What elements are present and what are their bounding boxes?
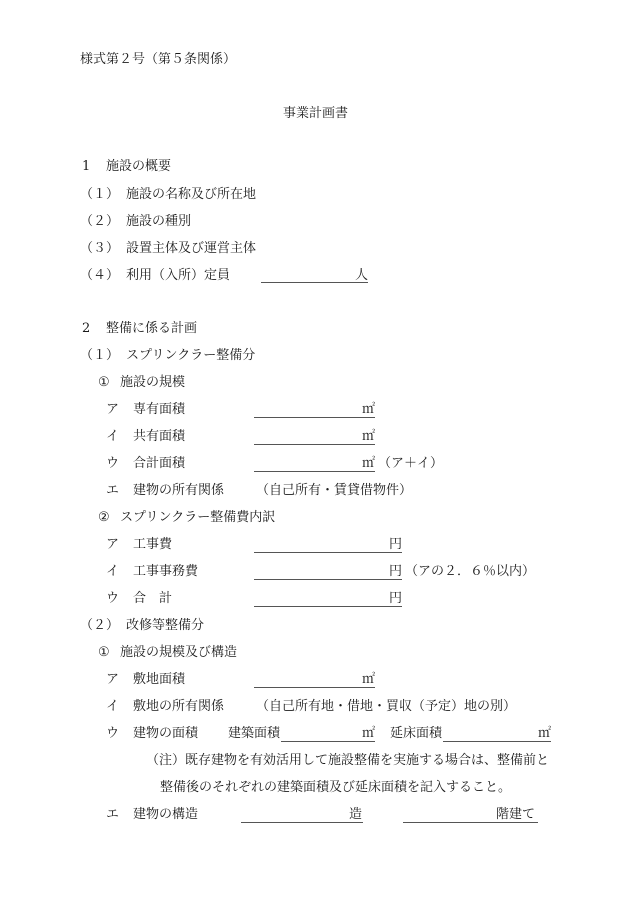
total-cost-unit: 円 [389, 591, 402, 607]
exclusive-area-input-line[interactable] [254, 417, 375, 418]
row-kana: ア [106, 537, 119, 553]
sprinkler-scale-heading: 施設の規模 [120, 375, 185, 391]
renovation-scale-number: ① [98, 645, 110, 661]
note-line-2: 整備後のそれぞれの建築面積及び延床面積を記入すること。 [160, 780, 511, 796]
row-kana: イ [106, 564, 119, 580]
construction-cost-unit: 円 [389, 537, 402, 553]
sprinkler-cost-number: ② [98, 510, 110, 526]
total-area-unit: ㎡ [362, 456, 375, 472]
building-structure-label: 建物の構造 [133, 807, 198, 823]
section1-item1-number: （１） [80, 187, 119, 203]
site-area-label: 敷地面積 [133, 672, 185, 688]
exclusive-area-label: 専有面積 [133, 402, 185, 418]
section1-item2-label: 施設の種別 [126, 214, 191, 230]
sprinkler-cost-heading: スプリンクラー整備費内訳 [120, 510, 275, 526]
total-cost-label: 合 計 [133, 591, 172, 607]
row-kana: ウ [106, 591, 119, 607]
building-footprint-unit: ㎡ [362, 726, 375, 742]
shared-area-label: 共有面積 [133, 429, 185, 445]
section1-heading: 施設の概要 [106, 159, 171, 175]
row-kana: ア [106, 672, 119, 688]
building-footprint-label: 建築面積 [228, 726, 280, 742]
exclusive-area-unit: ㎡ [362, 402, 375, 418]
row-kana: イ [106, 699, 119, 715]
renovation-scale-heading: 施設の規模及び構造 [120, 645, 237, 661]
shared-area-unit: ㎡ [362, 429, 375, 445]
row-kana: エ [106, 807, 119, 823]
form-number-label: 様式第２号（第５条関係） [80, 52, 236, 68]
capacity-input-line[interactable] [261, 282, 368, 283]
section2-heading: 整備に係る計画 [106, 321, 197, 337]
construction-cost-input-line[interactable] [254, 552, 402, 553]
building-ownership-label: 建物の所有関係 [133, 483, 224, 499]
floor-area-label: 延床面積 [390, 726, 442, 742]
building-area-label: 建物の面積 [133, 726, 198, 742]
floors-unit: 階建て [496, 807, 535, 823]
building-footprint-input-line[interactable] [281, 741, 375, 742]
sprinkler-heading: スプリンクラー整備分 [126, 348, 255, 364]
site-ownership-options: （自己所有地・借地・買収（予定）地の別） [256, 699, 516, 715]
admin-cost-label: 工事事務費 [133, 564, 198, 580]
section1-item4-number: （４） [80, 268, 119, 284]
sprinkler-scale-number: ① [98, 375, 110, 391]
page-title: 事業計画書 [283, 106, 348, 122]
row-kana: ウ [106, 726, 119, 742]
total-area-label: 合計面積 [133, 456, 185, 472]
structure-type-unit: 造 [349, 807, 362, 823]
site-area-unit: ㎡ [362, 672, 375, 688]
floor-area-input-line[interactable] [443, 741, 551, 742]
renovation-heading: 改修等整備分 [126, 618, 204, 634]
admin-cost-unit: 円 [389, 564, 402, 580]
row-kana: ウ [106, 456, 119, 472]
total-area-input-line[interactable] [254, 471, 375, 472]
sprinkler-number: （１） [80, 348, 119, 364]
admin-cost-input-line[interactable] [254, 579, 402, 580]
renovation-number: （２） [80, 618, 119, 634]
total-area-note: （ア＋イ） [378, 456, 443, 472]
site-ownership-label: 敷地の所有関係 [133, 699, 224, 715]
capacity-unit: 人 [355, 268, 368, 284]
section1-item3-label: 設置主体及び運営主体 [126, 241, 256, 257]
total-cost-input-line[interactable] [254, 606, 402, 607]
section1-number: 1 [82, 159, 90, 175]
floor-area-unit: ㎡ [538, 726, 551, 742]
section1-item3-number: （３） [80, 241, 119, 257]
admin-cost-note: （アの２．６％以内） [405, 564, 535, 580]
section1-item2-number: （２） [80, 214, 119, 230]
section1-item4-label: 利用（入所）定員 [126, 268, 230, 284]
construction-cost-label: 工事費 [133, 537, 172, 553]
row-kana: エ [106, 483, 119, 499]
section2-number: 2 [82, 321, 90, 337]
site-area-input-line[interactable] [254, 687, 375, 688]
shared-area-input-line[interactable] [254, 444, 375, 445]
row-kana: イ [106, 429, 119, 445]
note-line-1: （注）既存建物を有効活用して施設整備を実施する場合は、整備前と [146, 753, 549, 769]
row-kana: ア [106, 402, 119, 418]
structure-type-input-line[interactable] [241, 822, 363, 823]
building-ownership-options: （自己所有・賃貸借物件） [256, 483, 412, 499]
section1-item1-label: 施設の名称及び所在地 [126, 187, 256, 203]
